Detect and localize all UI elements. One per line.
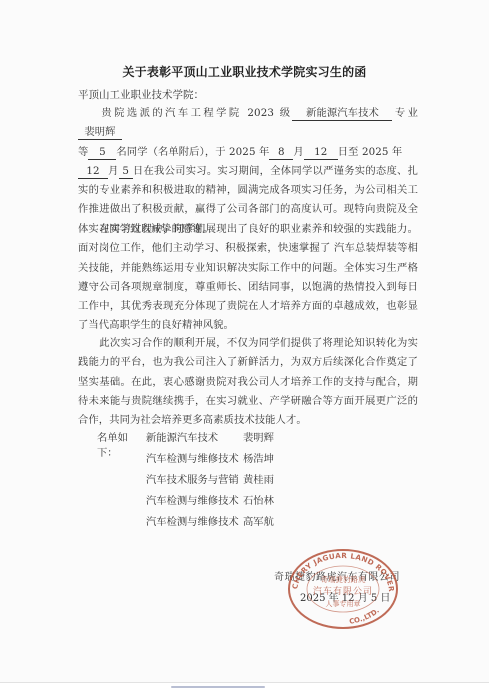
company-seal-icon: CHERY JAGUAR LAND ROVER AUTOMOTIVE CO.,L… (287, 548, 399, 630)
horizontal-scrollbar[interactable] (171, 686, 265, 688)
student-namelist: 名单如下： 新能源汽车技术 裴明辉 汽车检测与维修技术 杨浩坤 汽车技术服务与营… (97, 429, 303, 534)
namelist-row: 名单如下： 新能源汽车技术 裴明辉 (97, 429, 303, 450)
month-label-2: 月 (108, 165, 119, 177)
namelist-row: 汽车检测与维修技术 高军航 (97, 513, 303, 534)
major-field: 新能源汽车技术 (292, 107, 392, 121)
paragraph-3: 此次实习合作的顺利开展，不仅为同学们提供了将理论知识转化为实践能力的平台，也为我… (78, 334, 418, 430)
student-major: 汽车检测与维修技术 (146, 450, 243, 471)
namelist-row: 汽车技术服务与营销 黄桂雨 (97, 471, 303, 492)
end-day-field: 5 (119, 165, 133, 179)
p2-text: 在实习过程中，同学们展现出了良好的职业素养和较强的实践能力。面对岗位工作，他们主… (78, 223, 418, 331)
svg-text:奇瑞捷豹路虎: 奇瑞捷豹路虎 (321, 574, 366, 584)
student-name: 石怡林 (243, 492, 303, 513)
count-field: 5 (88, 146, 116, 160)
svg-text:CO.,LTD.: CO.,LTD. (349, 607, 381, 626)
student-name: 高军航 (243, 513, 303, 534)
student-name: 杨浩坤 (243, 450, 303, 471)
p1-prefix: 贵院选派的汽车工程学院 2023 级 (99, 107, 292, 119)
month-label: 月 (293, 146, 303, 158)
namelist-label: 名单如下： (97, 429, 146, 450)
start-month-field: 8 (269, 146, 293, 160)
namelist-row: 汽车检测与维修技术 石怡林 (97, 492, 303, 513)
document-page: 关于表彰平顶山工业职业技术学院实习生的函 平顶山工业职业技术学院： 贵院选派的汽… (0, 0, 489, 682)
major-suffix: 专业 (392, 107, 418, 119)
student-major: 汽车技术服务与营销 (146, 471, 243, 492)
svg-text:人事专用章: 人事专用章 (326, 599, 361, 608)
p3-text: 此次实习合作的顺利开展，不仅为同学们提供了将理论知识转化为实践能力的平台，也为我… (78, 337, 418, 426)
start-day-field: 12 (304, 146, 338, 160)
to-label: 日至 2025 年 (338, 146, 403, 158)
count-suffix: 名同学（名单附后），于 2025 年 (116, 146, 269, 158)
student-major: 汽车检测与维修技术 (146, 492, 243, 513)
viewer-divider (0, 682, 489, 683)
svg-text:CHERY JAGUAR LAND ROVER AUTOMO: CHERY JAGUAR LAND ROVER AUTOMOTIVE (287, 548, 396, 592)
student-major: 汽车检测与维修技术 (146, 513, 243, 534)
svg-text:汽车有限公司: 汽车有限公司 (313, 585, 373, 597)
end-month-field: 12 (78, 165, 108, 179)
document-title: 关于表彰平顶山工业职业技术学院实习生的函 (0, 63, 489, 80)
student-major: 新能源汽车技术 (146, 429, 243, 450)
lead-student-field: 裴明辉 (78, 126, 122, 140)
namelist-row: 汽车检测与维修技术 杨浩坤 (97, 450, 303, 471)
student-name: 黄桂雨 (243, 471, 303, 492)
count-prefix: 等 (78, 146, 88, 158)
student-name: 裴明辉 (243, 429, 303, 450)
salutation: 平顶山工业职业技术学院： (78, 87, 204, 102)
paragraph-1: 贵院选派的汽车工程学院 2023 级新能源汽车技术专业裴明辉 等5名同学（名单附… (78, 104, 418, 239)
paragraph-2: 在实习过程中，同学们展现出了良好的职业素养和较强的实践能力。面对岗位工作，他们主… (78, 220, 418, 336)
